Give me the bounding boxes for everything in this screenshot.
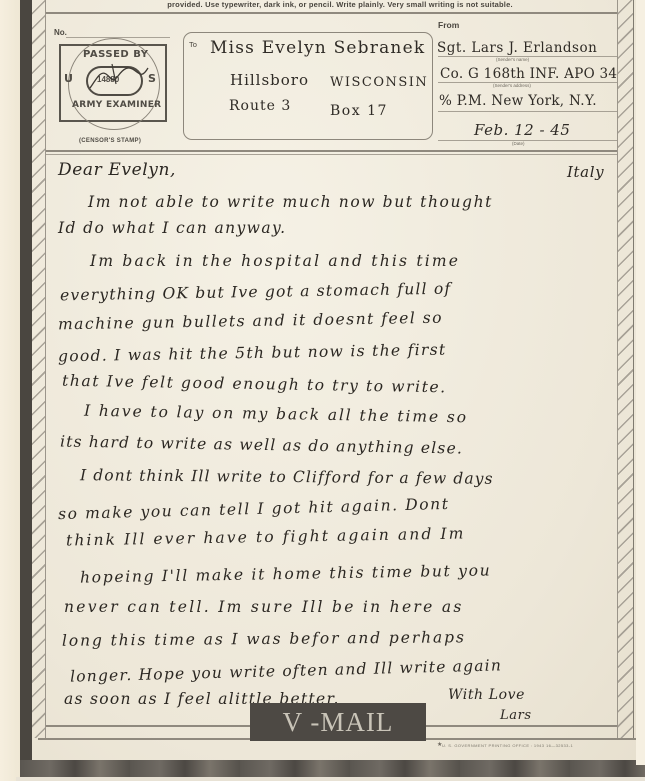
letter-line: Im not able to write much now but though… [88, 193, 493, 211]
letter-line: longer. Hope you write often and Ill wri… [70, 656, 502, 685]
letter-salutation: Dear Evelyn, [58, 160, 176, 180]
letter-line: long this time as I was befor and perhap… [62, 628, 466, 650]
letter-line: think Ill ever have to fight again and I… [66, 525, 466, 550]
vmail-banner: V -MAIL [250, 703, 426, 741]
letter-line: that Ive felt good enough to try to writ… [62, 372, 447, 397]
letter-line: good. I was hit the 5th but now is the f… [58, 341, 447, 366]
letter-body: Dear Evelyn, Italy Im not able to write … [0, 0, 645, 781]
letter-line: machine gun bullets and it doesnt feel s… [58, 309, 443, 334]
letter-line: its hard to write as well as do anything… [60, 432, 463, 457]
letter-closing: With Love [448, 687, 525, 703]
printing-office-line: U. S. GOVERNMENT PRINTING OFFICE : 1943 … [442, 743, 573, 748]
letter-line: everything OK but Ive got a stomach full… [60, 280, 452, 305]
letter-line: hopeing I'll make it home this time but … [80, 561, 492, 586]
letter-line: so make you can tell I got hit again. Do… [58, 495, 450, 523]
letter-line: I dont think Ill write to Clifford for a… [80, 466, 494, 488]
letter-line: never can tell. Im sure Ill be in here a… [64, 598, 464, 616]
letter-location: Italy [567, 163, 604, 181]
letter-line: Im back in the hospital and this time [90, 252, 460, 270]
letter-signature: Lars [500, 708, 532, 723]
letter-line: I have to lay on my back all the time so [84, 402, 468, 427]
letter-line: Id do what I can anyway. [58, 219, 286, 237]
